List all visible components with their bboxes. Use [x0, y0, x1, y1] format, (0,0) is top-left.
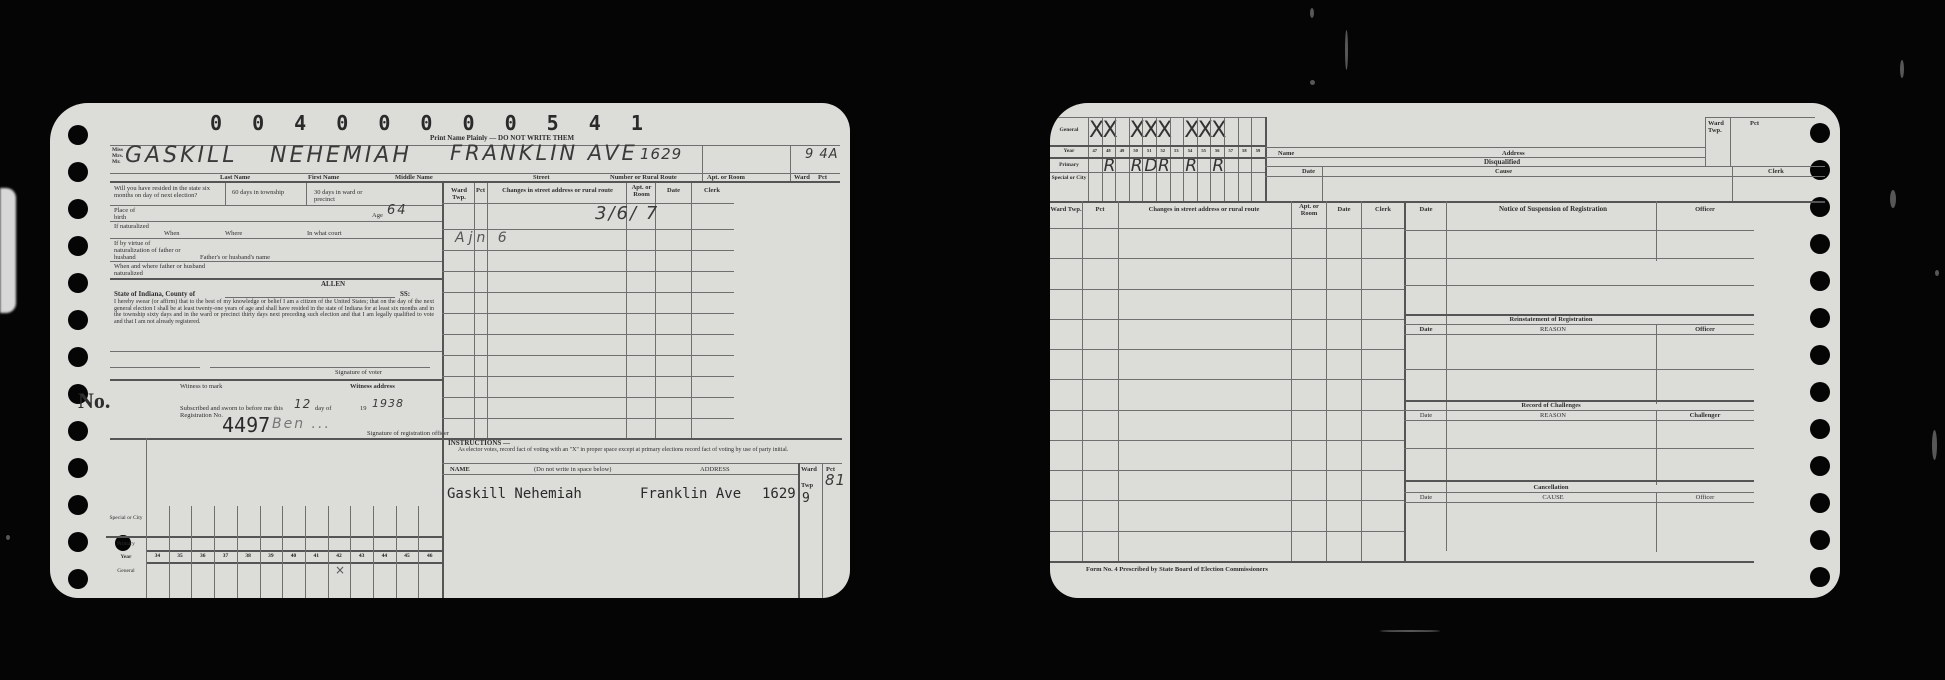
year-cell: 54 — [1183, 148, 1197, 153]
divider — [1446, 201, 1447, 551]
divider — [442, 463, 842, 464]
scan-speck — [1310, 8, 1314, 18]
punch-hole — [68, 236, 88, 256]
reinstatement-col-reason: REASON — [1448, 326, 1658, 333]
divider — [1404, 492, 1754, 493]
grid-column-line — [1224, 117, 1225, 201]
divider — [487, 183, 488, 438]
punch-hole — [68, 458, 88, 478]
stub-label-ward: Ward — [801, 466, 817, 473]
divider — [798, 463, 800, 598]
scan-speck — [6, 535, 10, 540]
label-where: Where — [225, 230, 242, 237]
label-father-name: Father's or husband's name — [200, 254, 270, 261]
serial-number: 0 0 4 0 0 0 0 0 5 4 1 — [210, 111, 652, 135]
question-township: 60 days in township — [232, 189, 292, 196]
punch-hole — [68, 310, 88, 330]
year-handwritten: 1938 — [372, 397, 404, 410]
row-label-special: Special or City — [1050, 175, 1088, 182]
stub-label-name: NAME — [450, 466, 470, 473]
disqualified-heading: Disqualified — [1484, 159, 1520, 166]
reinstatement-col-officer: Officer — [1660, 326, 1750, 333]
label-cause: Cause — [1495, 168, 1512, 175]
year-cell: 46 — [418, 553, 441, 559]
suspension-heading: Notice of Suspension of Registration — [1448, 206, 1658, 213]
grid-column-line — [282, 506, 283, 598]
form-footer: Form No. 4 Prescribed by State Board of … — [1086, 566, 1268, 573]
punch-hole — [1810, 345, 1830, 365]
divider — [691, 183, 692, 438]
scan-edge-artifact — [0, 188, 16, 313]
divider — [1404, 480, 1754, 482]
row-line — [1404, 448, 1754, 449]
cancellation-col-officer: Officer — [1660, 494, 1750, 501]
divider — [146, 550, 442, 552]
label-clerk: Clerk — [1768, 168, 1784, 175]
change-row-1-handwritten: 3/6/ 7 — [595, 203, 659, 224]
divider — [1656, 201, 1657, 261]
punch-hole — [1810, 567, 1830, 587]
year-cell: 42 — [328, 553, 351, 559]
challenges-col-reason: REASON — [1448, 412, 1658, 419]
row-line — [442, 334, 734, 335]
label-day-of: day of — [315, 405, 331, 412]
row-line — [1404, 230, 1754, 231]
pct-handwritten: 81 — [825, 471, 846, 489]
year-cell: 52 — [1156, 148, 1170, 153]
reinstatement-heading: Reinstatement of Registration — [1446, 316, 1656, 323]
divider — [1050, 172, 1265, 173]
year-cell: 49 — [1115, 148, 1129, 153]
suspension-col-date: Date — [1406, 206, 1446, 213]
scan-speck — [1932, 430, 1937, 460]
divider — [1265, 147, 1705, 148]
scan-speck — [1900, 60, 1904, 78]
question-when-where: When and where father or husband natural… — [114, 263, 209, 277]
punch-hole — [1810, 493, 1830, 513]
row-line — [442, 397, 734, 398]
scan-speck — [1935, 270, 1939, 276]
divider — [1050, 201, 1825, 203]
last-name-handwritten: GASKILL — [125, 143, 238, 168]
year-cell: 55 — [1197, 148, 1211, 153]
year-cell: 35 — [169, 553, 192, 559]
label-witness-address: Witness address — [350, 383, 395, 390]
year-cell: 41 — [305, 553, 328, 559]
year-cell: 59 — [1251, 148, 1265, 153]
scan-speck — [1310, 80, 1315, 85]
punch-hole — [68, 162, 88, 182]
row-line — [442, 313, 734, 314]
instructions-text: As elector votes, record fact of voting … — [458, 447, 843, 454]
year-cell: 47 — [1088, 148, 1102, 153]
year-cell: 48 — [1102, 148, 1116, 153]
punch-hole — [68, 495, 88, 515]
no-symbol: No. — [78, 390, 110, 412]
row-line — [1050, 228, 1404, 229]
divider — [106, 536, 442, 538]
row-line — [1050, 531, 1404, 532]
divider — [306, 183, 307, 205]
punch-hole — [68, 199, 88, 219]
row-line — [442, 250, 734, 251]
challenges-col-challenger: Challenger — [1660, 412, 1750, 419]
punch-hole — [1810, 456, 1830, 476]
row-line — [442, 203, 734, 204]
registration-card-front: 0 0 4 0 0 0 0 0 5 4 1 Print Name Plainly… — [50, 103, 850, 598]
grid-column-line — [169, 506, 170, 598]
col-header-changes: Changes in street address or rural route — [490, 187, 625, 194]
row-label-primary: Primary — [1050, 162, 1088, 169]
typed-number: 1629 — [762, 486, 796, 502]
divider — [110, 278, 442, 280]
label-street: Street — [533, 174, 549, 181]
divider — [1705, 117, 1706, 167]
punch-hole — [68, 421, 88, 441]
instructions-heading: INSTRUCTIONS — — [448, 440, 510, 447]
divider — [1050, 157, 1265, 159]
row-line — [442, 271, 734, 272]
challenges-heading: Record of Challenges — [1446, 402, 1656, 409]
row-label-special: Special or City — [108, 515, 144, 522]
stub-label-address: ADDRESS — [700, 466, 730, 473]
punch-hole — [1810, 308, 1830, 328]
label-first-name: First Name — [308, 174, 339, 181]
divider — [1732, 166, 1733, 201]
label-age: Age — [372, 212, 383, 219]
divider — [702, 145, 703, 181]
divider — [442, 438, 444, 598]
cancellation-col-date: Date — [1406, 494, 1446, 501]
grid-column-line — [350, 506, 351, 598]
question-by-virtue: If by virtue of naturalization of father… — [114, 240, 182, 261]
officer-signature-handwritten: Ben ... — [272, 416, 331, 432]
grid-column-line — [373, 506, 374, 598]
punch-hole — [1810, 530, 1830, 550]
label-pct: Pct — [818, 174, 827, 181]
punch-hole — [1810, 234, 1830, 254]
general-vote-mark: × — [335, 563, 345, 577]
divider — [1265, 176, 1825, 177]
divider — [225, 183, 226, 205]
col-header-apt: Apt. or Room — [628, 184, 655, 198]
punch-hole — [68, 569, 88, 589]
suspension-col-officer: Officer — [1660, 206, 1750, 213]
row-line — [442, 376, 734, 377]
row-line — [1404, 258, 1754, 259]
age-handwritten: 64 — [387, 203, 408, 218]
label-last-name: Last Name — [220, 174, 250, 181]
label-subscribed: Subscribed and sworn to before me this — [180, 405, 283, 412]
row-line — [1404, 369, 1754, 370]
year-cell: 37 — [214, 553, 237, 559]
divider — [110, 181, 840, 183]
col-header-changes: Changes in street address or rural route — [1118, 206, 1290, 213]
oath-text: I hereby swear (or affirm) that to the b… — [114, 299, 434, 325]
year-cell: 56 — [1210, 148, 1224, 153]
year-cell: 40 — [282, 553, 305, 559]
punch-hole — [68, 125, 88, 145]
year-cell: 51 — [1142, 148, 1156, 153]
divider — [1050, 145, 1265, 147]
punch-hole — [1810, 271, 1830, 291]
change-row-2-handwritten: Ajn 6 — [455, 230, 511, 246]
row-line — [1050, 500, 1404, 501]
question-ward: 30 days in ward or precinct — [314, 189, 384, 203]
divider — [442, 183, 444, 438]
question-residence: Will you have resided in the state six m… — [114, 185, 224, 199]
grid-column-line — [1251, 117, 1252, 201]
row-line — [1050, 440, 1404, 441]
label-pct: Pct — [1750, 120, 1759, 127]
county-underline — [225, 297, 395, 298]
divider — [1705, 117, 1815, 118]
divider — [110, 221, 442, 222]
cancellation-col-cause: CAUSE — [1448, 494, 1658, 501]
col-header-ward-twp: Ward Twp. — [1050, 206, 1082, 213]
typed-ward: 9 — [802, 491, 810, 506]
row-line — [1404, 285, 1754, 286]
row-line — [1050, 410, 1404, 411]
year-cell: 53 — [1170, 148, 1184, 153]
col-header-apt: Apt. or Room — [1293, 203, 1325, 217]
row-line — [1050, 379, 1404, 380]
oath-heading: State of Indiana, County of — [114, 291, 195, 298]
label-date: Date — [1302, 168, 1315, 175]
divider — [1656, 324, 1657, 404]
typed-street: Franklin Ave — [640, 486, 741, 502]
divider — [1656, 492, 1657, 552]
grid-column-line — [305, 506, 306, 598]
punch-hole — [1810, 160, 1830, 180]
punch-hole — [1810, 123, 1830, 143]
reinstatement-col-date: Date — [1406, 326, 1446, 333]
scan-speck — [1345, 30, 1348, 70]
punch-hole — [1810, 382, 1830, 402]
col-header-clerk: Clerk — [692, 187, 732, 194]
signature-line — [210, 367, 430, 368]
divider — [1322, 166, 1323, 201]
row-label-year: Year — [1050, 148, 1088, 155]
scan-speck — [1380, 630, 1440, 632]
question-naturalized: If naturalized — [114, 223, 154, 230]
divider — [822, 463, 823, 598]
punch-hole — [68, 347, 88, 367]
divider — [110, 261, 442, 262]
label-court: In what court — [307, 230, 342, 237]
challenges-col-date: Date — [1406, 412, 1446, 419]
year-cell: 45 — [396, 553, 419, 559]
grid-column-line — [418, 506, 419, 598]
punch-hole — [68, 273, 88, 293]
divider — [474, 183, 475, 438]
divider — [1050, 117, 1265, 118]
row-line — [1050, 289, 1404, 290]
year-cell: 57 — [1224, 148, 1238, 153]
cancellation-heading: Cancellation — [1446, 484, 1656, 491]
divider — [1326, 201, 1327, 561]
grid-column-line — [1170, 117, 1171, 201]
honorific-mr: Mr. — [112, 159, 121, 166]
divider — [1265, 166, 1825, 167]
punch-hole — [1810, 197, 1830, 217]
label-witness-mark: Witness to mark — [180, 383, 222, 390]
street-handwritten: FRANKLIN AVE — [450, 141, 638, 165]
grid-column-line — [191, 506, 192, 598]
grid-column-line — [214, 506, 215, 598]
row-label-primary: Primary — [108, 541, 144, 548]
signature-line — [110, 367, 200, 368]
row-line — [442, 418, 734, 419]
col-header-pct: Pct — [1082, 206, 1118, 213]
divider — [1730, 117, 1731, 167]
punch-hole — [68, 532, 88, 552]
divider — [1118, 201, 1119, 561]
grid-column-line — [396, 506, 397, 598]
ward-pct-handwritten: 9 4A — [805, 147, 839, 162]
stub-label-twp: Twp — [801, 482, 813, 489]
county-handwritten: ALLEN — [321, 281, 345, 288]
grid-column-line — [328, 506, 329, 598]
col-header-clerk: Clerk — [1363, 206, 1403, 213]
row-label-general: General — [1050, 127, 1088, 134]
grid-column-line — [1115, 117, 1116, 201]
year-cell: 38 — [237, 553, 260, 559]
label-apt-room: Apt. or Room — [707, 174, 745, 181]
registration-number: 4497 — [222, 413, 270, 437]
year-cell: 50 — [1129, 148, 1143, 153]
label-ward: Ward — [794, 174, 810, 181]
label-address: Address — [1502, 150, 1525, 157]
row-line — [1050, 470, 1404, 471]
year-cell: 44 — [373, 553, 396, 559]
divider — [1404, 410, 1754, 411]
label-when: When — [164, 230, 180, 237]
oath-ss: SS: — [400, 291, 410, 298]
divider — [110, 351, 442, 352]
question-birthplace: Place of birth — [114, 207, 144, 221]
scan-speck — [1890, 190, 1896, 208]
label-registration-officer: Signature of registration officer — [367, 430, 449, 437]
label-ward-twp: Ward Twp. — [1708, 120, 1730, 134]
year-cell: 58 — [1238, 148, 1252, 153]
row-line — [442, 292, 734, 293]
col-header-pct: Pct — [474, 187, 487, 194]
divider — [1265, 117, 1267, 201]
grid-column-line — [237, 506, 238, 598]
divider — [1050, 561, 1754, 563]
year-cell: 43 — [350, 553, 373, 559]
divider — [110, 379, 442, 381]
divider — [1404, 334, 1754, 335]
grid-column-line — [1238, 117, 1239, 201]
year-cell: 34 — [146, 553, 169, 559]
col-header-ward-twp: Ward Twp. — [444, 187, 474, 201]
label-year-prefix: 19 — [360, 405, 367, 412]
punch-hole — [1810, 419, 1830, 439]
divider — [146, 562, 442, 564]
row-line — [442, 355, 734, 356]
label-signature-voter: Signature of voter — [335, 369, 382, 376]
divider — [1361, 201, 1362, 561]
first-name-handwritten: NEHEMIAH — [270, 143, 412, 168]
day-handwritten: 12 — [294, 397, 311, 411]
row-label-year: Year — [108, 554, 144, 561]
divider — [790, 145, 791, 181]
year-cell: 36 — [191, 553, 214, 559]
col-header-date: Date — [656, 187, 691, 194]
divider — [442, 474, 798, 475]
row-line — [1050, 349, 1404, 350]
divider — [1404, 201, 1406, 561]
grid-column-line — [146, 506, 147, 598]
label-registration-no: Registration No. — [180, 412, 223, 419]
typed-name: Gaskill Nehemiah — [447, 486, 582, 502]
stub-label-no-write: (Do not write in space below) — [534, 466, 611, 473]
label-middle-name: Middle Name — [395, 174, 433, 181]
divider — [110, 238, 442, 239]
grid-column-line — [260, 506, 261, 598]
divider — [1404, 420, 1754, 421]
label-name: Name — [1278, 150, 1294, 157]
house-number-handwritten: 1629 — [640, 145, 682, 163]
divider — [1082, 201, 1083, 561]
row-label-general: General — [108, 568, 144, 575]
row-line — [1050, 258, 1404, 259]
row-line — [1050, 319, 1404, 320]
divider — [1291, 201, 1292, 561]
label-number: Number or Rural Route — [610, 174, 677, 181]
registration-card-back: General Year Primary Special or City 47X… — [1050, 103, 1840, 598]
year-cell: 39 — [260, 553, 283, 559]
col-header-date: Date — [1328, 206, 1360, 213]
divider — [1404, 324, 1754, 325]
divider — [1404, 502, 1754, 503]
